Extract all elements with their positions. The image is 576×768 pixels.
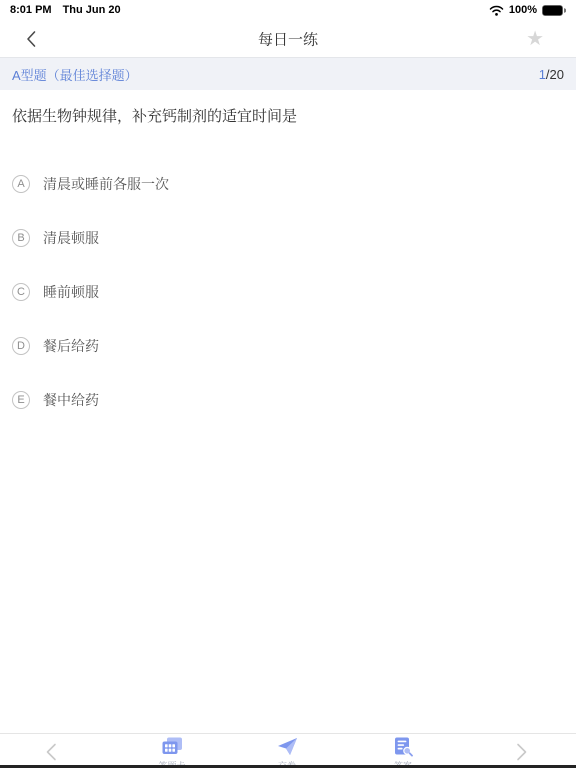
question-text: 依据生物钟规律，补充钙制剂的适宜时间是 bbox=[12, 107, 564, 127]
option-letter-badge: D bbox=[12, 337, 30, 355]
option-letter-badge: A bbox=[12, 175, 30, 193]
bottom-toolbar: 答题卡 交卷 答案 bbox=[0, 733, 576, 768]
app-screen: 8:01 PM Thu Jun 20 100% bbox=[0, 0, 576, 768]
tab-submit-paper[interactable]: 交卷 bbox=[255, 737, 319, 768]
option-text: 清晨顿服 bbox=[43, 228, 99, 248]
option-text: 清晨或睡前各服一次 bbox=[43, 174, 169, 194]
chevron-right-icon bbox=[516, 748, 528, 765]
option-row-e[interactable]: E 餐中给药 bbox=[0, 373, 576, 427]
battery-icon bbox=[542, 5, 566, 16]
paper-plane-icon bbox=[277, 737, 298, 758]
option-text: 餐后给药 bbox=[43, 336, 99, 356]
star-icon: ★ bbox=[526, 28, 544, 50]
previous-question-button[interactable] bbox=[45, 743, 57, 761]
option-row-d[interactable]: D 餐后给药 bbox=[0, 319, 576, 373]
tab-answer[interactable]: 答案 bbox=[371, 737, 435, 768]
status-date: Thu Jun 20 bbox=[63, 4, 121, 16]
question-progress: 1/20 bbox=[539, 67, 564, 82]
option-letter-badge: C bbox=[12, 283, 30, 301]
nav-bar: 每日一练 ★ bbox=[0, 20, 576, 57]
wifi-icon bbox=[489, 5, 504, 16]
question-type-label: A型题（最佳选择题） bbox=[12, 65, 138, 84]
status-right: 100% bbox=[489, 4, 566, 16]
battery-percent: 100% bbox=[509, 4, 537, 16]
option-row-c[interactable]: C 睡前顿服 bbox=[0, 265, 576, 319]
answer-card-icon bbox=[162, 737, 183, 758]
next-question-button[interactable] bbox=[516, 743, 528, 761]
option-row-a[interactable]: A 清晨或睡前各服一次 bbox=[0, 157, 576, 211]
progress-total: /20 bbox=[546, 67, 564, 82]
option-text: 睡前顿服 bbox=[43, 282, 99, 302]
option-letter-badge: E bbox=[12, 391, 30, 409]
progress-current: 1 bbox=[539, 67, 546, 82]
status-time: 8:01 PM bbox=[10, 4, 52, 16]
option-row-b[interactable]: B 清晨顿服 bbox=[0, 211, 576, 265]
page-title: 每日一练 bbox=[0, 28, 576, 49]
answer-search-icon bbox=[394, 737, 413, 758]
question-type-header: A型题（最佳选择题） 1/20 bbox=[0, 57, 576, 90]
option-letter-badge: B bbox=[12, 229, 30, 247]
option-text: 餐中给药 bbox=[43, 390, 99, 410]
status-bar: 8:01 PM Thu Jun 20 100% bbox=[0, 0, 576, 20]
options-list: A 清晨或睡前各服一次 B 清晨顿服 C 睡前顿服 D 餐后给药 E 餐中给药 bbox=[0, 157, 576, 427]
favorite-button[interactable]: ★ bbox=[526, 29, 544, 49]
tab-answer-card[interactable]: 答题卡 bbox=[140, 737, 204, 768]
status-left: 8:01 PM Thu Jun 20 bbox=[10, 4, 121, 16]
chevron-left-icon bbox=[45, 748, 57, 765]
